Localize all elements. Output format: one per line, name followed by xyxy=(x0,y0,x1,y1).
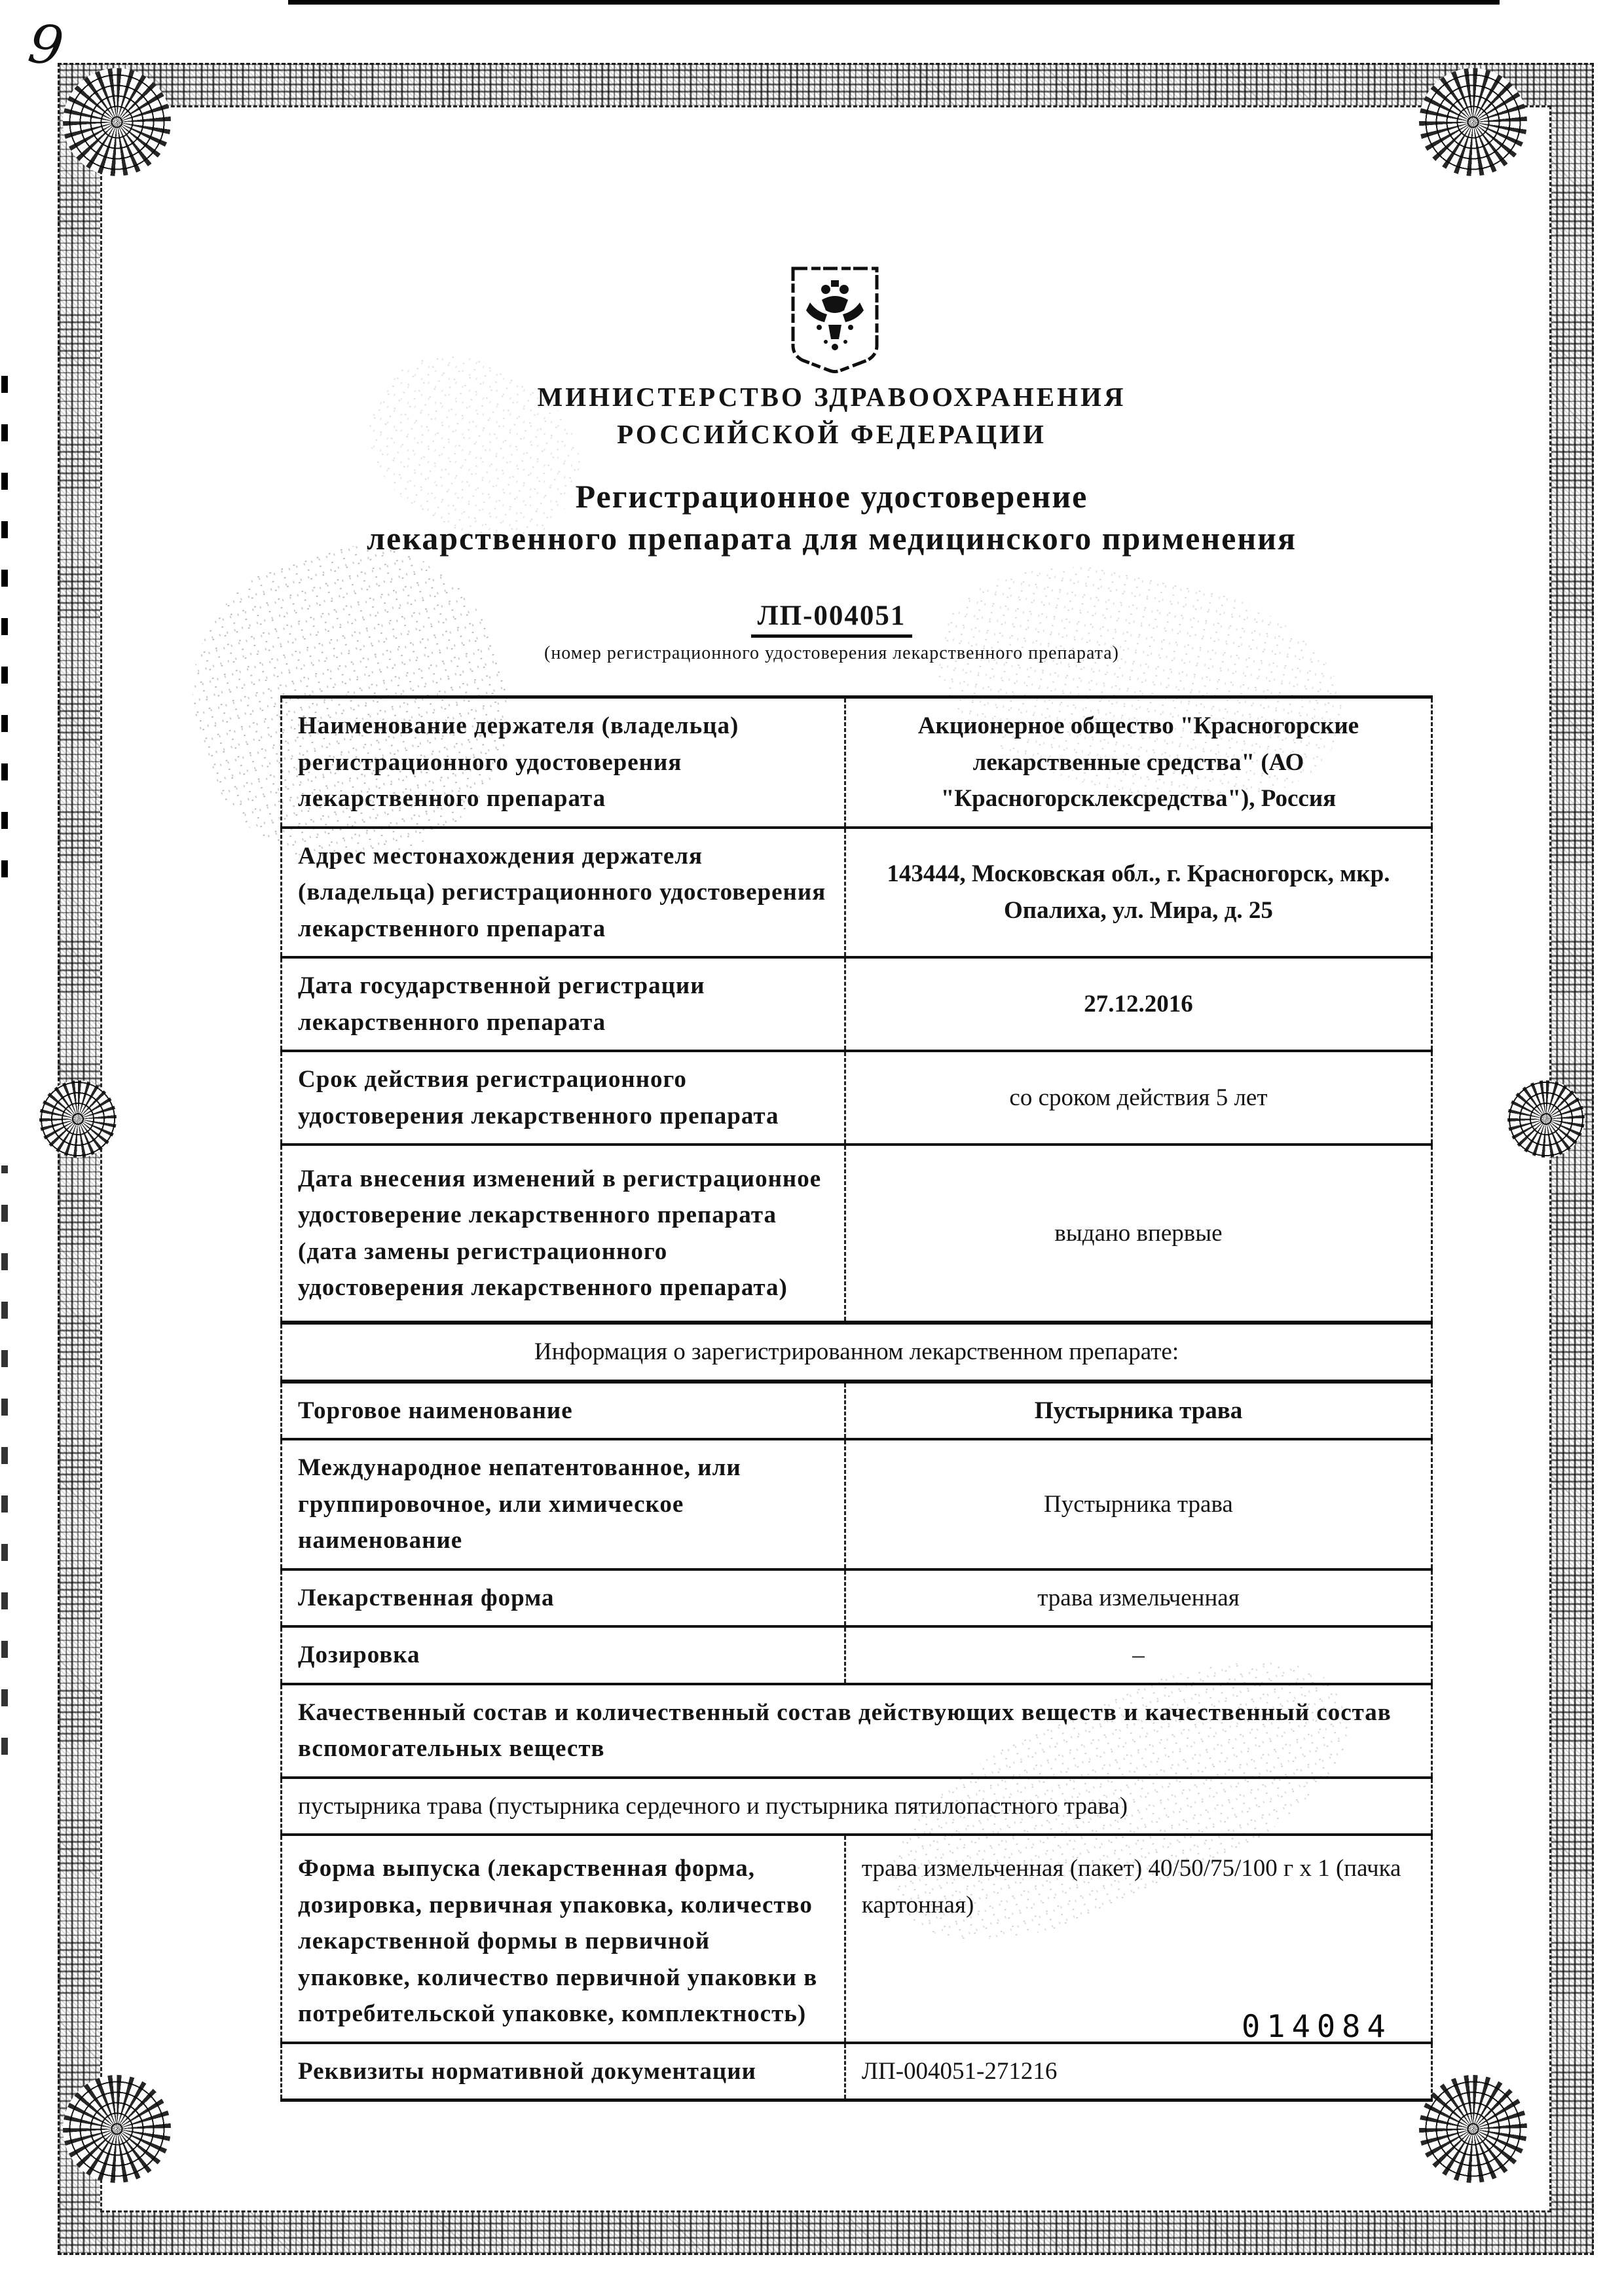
row-label: Адрес местонахождения держателя (владель… xyxy=(282,828,845,958)
row-value: 143444, Московская обл., г. Красногорск,… xyxy=(845,828,1431,958)
row-label: Лекарственная форма xyxy=(282,1569,845,1627)
row-label: Срок действия регистрационного удостовер… xyxy=(282,1051,845,1145)
row-value: пустырника трава (пустырника сердечного … xyxy=(282,1778,1432,1835)
row-value: со сроком действия 5 лет xyxy=(845,1051,1431,1145)
row-value: – xyxy=(845,1626,1431,1684)
row-label: Качественный состав и количественный сос… xyxy=(282,1684,1432,1778)
serial-number-stamp: 014084 xyxy=(1242,2009,1392,2045)
ministry-name: МИНИСТЕРСТВО ЗДРАВООХРАНЕНИЯ РОССИЙСКОЙ … xyxy=(262,378,1401,452)
russia-coat-of-arms-icon xyxy=(788,265,882,375)
table-row-amendment-date: Дата внесения изменений в регистрационно… xyxy=(282,1145,1432,1323)
row-value: Пустырника трава xyxy=(845,1439,1431,1569)
row-label: Дозировка xyxy=(282,1626,845,1684)
edge-medallion-icon xyxy=(1507,1080,1585,1158)
table-row-holder-name: Наименование держателя (владельца) регис… xyxy=(282,697,1432,828)
row-value: Акционерное общество "Красногорские лека… xyxy=(845,697,1431,828)
table-row-dosage: Дозировка – xyxy=(282,1626,1432,1684)
table-row-composition-value: пустырника трава (пустырника сердечного … xyxy=(282,1778,1432,1835)
row-label: Международное непатентованное, или групп… xyxy=(282,1439,845,1569)
document-title: Регистрационное удостоверение лекарствен… xyxy=(262,475,1401,559)
row-label: Дата внесения изменений в регистрационно… xyxy=(282,1145,845,1323)
row-label: Реквизиты нормативной документации xyxy=(282,2043,845,2100)
table-row-validity: Срок действия регистрационного удостовер… xyxy=(282,1051,1432,1145)
corner-rosette-icon xyxy=(1419,68,1527,176)
row-value: трава измельченная xyxy=(845,1569,1431,1627)
corner-rosette-icon xyxy=(1419,2075,1527,2183)
row-value: ЛП-004051-271216 xyxy=(845,2043,1431,2100)
scan-artifact-edge-marks xyxy=(1,367,8,877)
row-label: Форма выпуска (лекарственная форма, дози… xyxy=(282,1835,845,2043)
scan-artifact-edge-marks xyxy=(1,1165,8,1755)
title-line1: Регистрационное удостоверение xyxy=(262,475,1401,517)
ministry-line1: МИНИСТЕРСТВО ЗДРАВООХРАНЕНИЯ xyxy=(262,378,1401,416)
row-value: Пустырника трава xyxy=(845,1382,1431,1440)
row-label: Торговое наименование xyxy=(282,1382,845,1440)
table-row-dosage-form: Лекарственная форма трава измельченная xyxy=(282,1569,1432,1627)
table-row-trade-name: Торговое наименование Пустырника трава xyxy=(282,1382,1432,1440)
registration-number: ЛП-004051 xyxy=(751,600,913,638)
registration-number-wrap: ЛП-004051 xyxy=(262,600,1401,638)
title-line2: лекарственного препарата для медицинског… xyxy=(262,517,1401,559)
registration-table: Наименование держателя (владельца) регис… xyxy=(280,695,1433,2102)
registration-number-caption: (номер регистрационного удостоверения ле… xyxy=(262,643,1401,664)
section-header: Информация о зарегистрированном лекарств… xyxy=(282,1323,1432,1382)
scanned-certificate-page: { "page": { "handwritten_mark": "9", "se… xyxy=(0,0,1624,2291)
row-value: 27.12.2016 xyxy=(845,957,1431,1051)
ministry-line2: РОССИЙСКОЙ ФЕДЕРАЦИИ xyxy=(262,416,1401,453)
table-row-normative-doc: Реквизиты нормативной документации ЛП-00… xyxy=(282,2043,1432,2100)
table-row-inn: Международное непатентованное, или групп… xyxy=(282,1439,1432,1569)
table-row-holder-address: Адрес местонахождения держателя (владель… xyxy=(282,828,1432,958)
row-label: Наименование держателя (владельца) регис… xyxy=(282,697,845,828)
table-row-composition-label: Качественный состав и количественный сос… xyxy=(282,1684,1432,1778)
corner-rosette-icon xyxy=(63,68,171,176)
corner-rosette-icon xyxy=(63,2075,171,2183)
table-row-registration-date: Дата государственной регистрации лекарст… xyxy=(282,957,1432,1051)
table-row-info-section: Информация о зарегистрированном лекарств… xyxy=(282,1323,1432,1382)
edge-medallion-icon xyxy=(39,1080,117,1158)
row-label: Дата государственной регистрации лекарст… xyxy=(282,957,845,1051)
scan-artifact-top-line xyxy=(288,0,1500,5)
row-value: выдано впервые xyxy=(845,1145,1431,1323)
